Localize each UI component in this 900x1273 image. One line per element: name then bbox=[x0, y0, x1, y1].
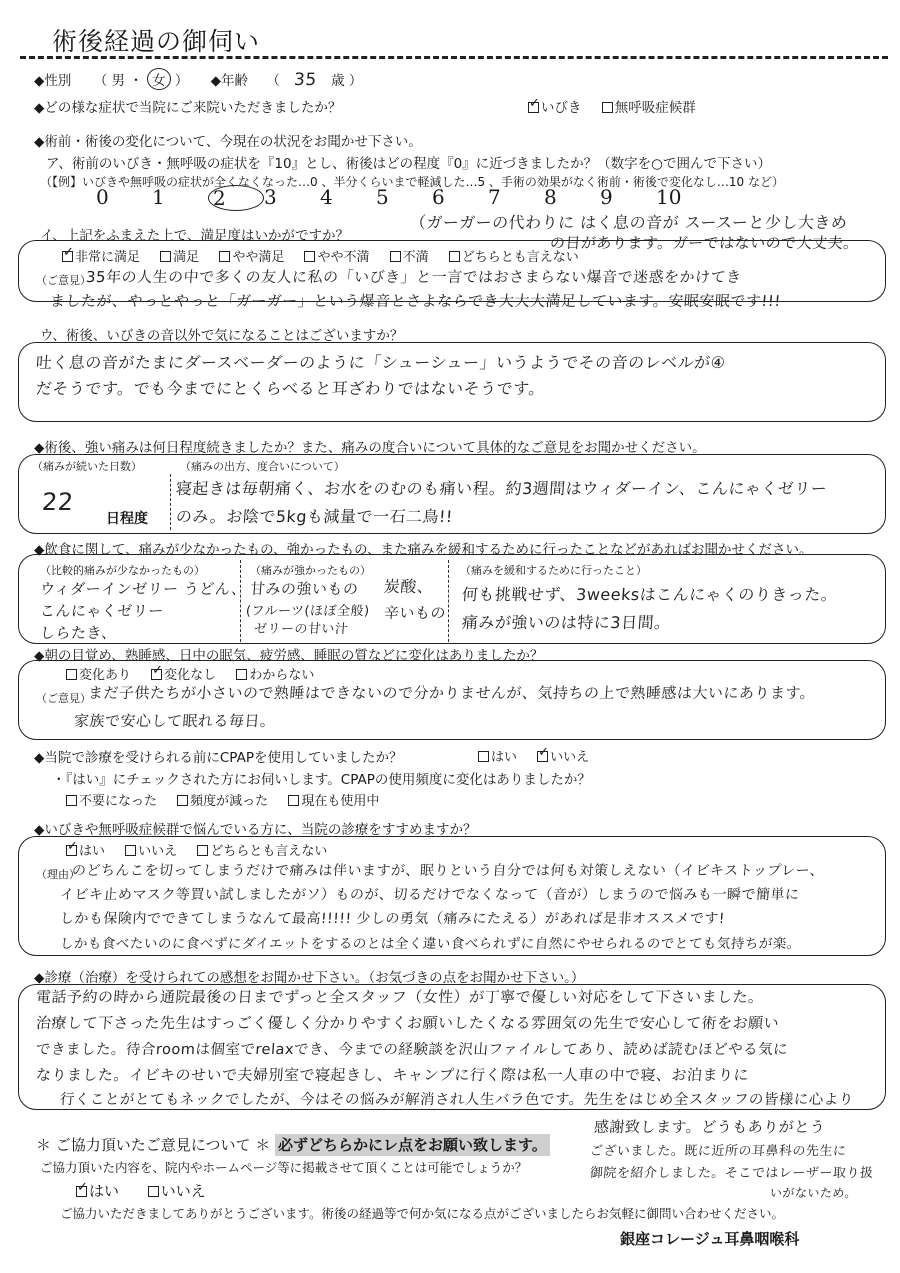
satisfaction-somewhat-dissatisfied[interactable]: やや不満 bbox=[304, 250, 369, 265]
food-less-line3[interactable]: しらたき、 bbox=[39, 622, 117, 643]
consent-heading-left: ＊ ご協力頂いたご意見について ＊ bbox=[36, 1136, 270, 1154]
checkbox-icon[interactable] bbox=[160, 251, 171, 262]
recommend-reason-line4[interactable]: しかも食べたいのに食べずにダイエットをするのとは全く違い食べられずに自然にやせら… bbox=[59, 932, 801, 952]
consent-question: ご協力頂いた内容を、院内やホームページ等に掲載させて頂くことは可能でしょうか？ bbox=[40, 1158, 527, 1176]
food-less-line2[interactable]: こんにゃくゼリー bbox=[39, 600, 164, 621]
age-unit: 歳 bbox=[331, 73, 345, 89]
scale-5[interactable]: 5 bbox=[376, 185, 432, 211]
impression-question: ◆診療（治療）を受けられての感想をお聞かせ下さい。（お気づきの点をお聞かせ下さい… bbox=[34, 966, 584, 986]
food-relief-line1[interactable]: 何も挑戦せず、3weeksはこんにゃくのりきった。 bbox=[461, 582, 838, 605]
recommend-option-no[interactable]: いいえ bbox=[125, 844, 177, 859]
pain-divider bbox=[170, 474, 171, 530]
satisfaction-dissatisfied[interactable]: 不満 bbox=[390, 250, 429, 265]
impression-line3[interactable]: できました。待合roomは個室でrelaxでき、今までの経験談を沢山ファイルして… bbox=[35, 1038, 789, 1059]
checkbox-icon[interactable] bbox=[288, 795, 299, 806]
title-divider bbox=[20, 56, 888, 59]
sleep-option-changed[interactable]: 変化あり bbox=[66, 668, 131, 683]
impression-line1[interactable]: 電話予約の時から通院最後の日までずっと全スタッフ（女性）が丁寧で優しい対応をして… bbox=[35, 986, 764, 1007]
satisfaction-options: 非常に満足 満足 やや満足 やや不満 不満 どちらとも言えない bbox=[62, 246, 595, 265]
consent-options: はい いいえ bbox=[76, 1180, 222, 1201]
gender-label: ◆性別 bbox=[34, 73, 71, 89]
recommend-reason-line1[interactable]: のどちんこを切ってしまうだけで痛みは伴いますが、眠りという自分では何も対策しえな… bbox=[71, 860, 825, 880]
food-strong-line2[interactable]: (フルーツ(ほぼ全般) bbox=[245, 600, 370, 619]
scale-8[interactable]: 8 bbox=[544, 185, 600, 211]
sleep-option-unchanged[interactable]: 変化なし bbox=[151, 668, 216, 683]
pain-days-value[interactable]: 22 bbox=[41, 488, 75, 516]
cpap-sub-option-still-using[interactable]: 現在も使用中 bbox=[288, 794, 379, 809]
consent-heading: ＊ ご協力頂いたご意見について ＊ 必ずどちらかにレ点をお願い致します。 bbox=[36, 1134, 550, 1155]
cpap-options: はい いいえ bbox=[478, 746, 605, 765]
checkbox-checked-icon[interactable] bbox=[62, 251, 73, 262]
gender-option-male[interactable]: 男 bbox=[111, 73, 125, 89]
sleep-opinion-line2[interactable]: 家族で安心して眠れる毎日。 bbox=[73, 710, 276, 731]
pain-degree-line2[interactable]: のみ。お陰で5kgも減量で一石二鳥!! bbox=[175, 504, 453, 527]
food-strong-line3[interactable]: ゼリーの甘い汁 bbox=[253, 618, 349, 637]
satisfaction-neither[interactable]: どちらとも言えない bbox=[449, 250, 579, 265]
cpap-sub-option-unneeded[interactable]: 不要になった bbox=[66, 794, 157, 809]
checkbox-icon[interactable] bbox=[304, 251, 315, 262]
checkbox-icon[interactable] bbox=[197, 845, 208, 856]
opinion-label: （ご意見） bbox=[36, 272, 91, 288]
pain-degree-label: （痛みの出方、度合いについて） bbox=[180, 458, 345, 474]
recommend-option-neither[interactable]: どちらとも言えない bbox=[197, 844, 327, 859]
checkbox-checked-icon[interactable] bbox=[528, 102, 539, 113]
satisfaction-somewhat[interactable]: やや満足 bbox=[219, 250, 284, 265]
pain-question: ◆術後、強い痛みは何日程度続きましたか？また、痛みの度合いについて具体的なご意見… bbox=[34, 436, 706, 456]
pain-days-unit: 日程度 bbox=[106, 508, 148, 528]
recommend-question: ◆いびきや無呼吸症候群で悩んでいる方に、当院の診療をすすめますか？ bbox=[34, 818, 477, 838]
scale-6[interactable]: 6 bbox=[432, 185, 488, 211]
food-relief-line2[interactable]: 痛みが強いのは特に3日間。 bbox=[461, 610, 671, 633]
scale-7[interactable]: 7 bbox=[488, 185, 544, 211]
checkbox-icon[interactable] bbox=[449, 251, 460, 262]
food-less-label: （比較的痛みが少なかったもの） bbox=[40, 562, 205, 578]
satisfaction-very[interactable]: 非常に満足 bbox=[62, 250, 140, 265]
gender-age-row: ◆性別 （ 男 ・ 女 ） ◆年齢 （ 35 歳 ） bbox=[34, 68, 362, 90]
food-less-line1[interactable]: ウィダーインゼリー うどん、 bbox=[39, 578, 247, 599]
rating-scale: 0 1 2 3 4 5 6 7 8 9 10 bbox=[96, 185, 712, 211]
checkbox-icon[interactable] bbox=[390, 251, 401, 262]
opinion-line2[interactable]: ましたが、やっとやっと「ガーガー」という爆音とさよならでき大大大満足しています。… bbox=[49, 290, 781, 311]
scale-2[interactable]: 2 bbox=[208, 185, 264, 211]
cpap-question: ◆当院で診療を受けられる前にCPAPを使用していましたか？ bbox=[34, 746, 402, 766]
impression-line5[interactable]: 行くことがとてもネックでしたが、今はその悩みが解消され人生バラ色です。先生をはじ… bbox=[59, 1088, 854, 1109]
cpap-option-yes[interactable]: はい bbox=[478, 750, 517, 765]
checkbox-checked-icon[interactable] bbox=[66, 845, 77, 856]
scale-9[interactable]: 9 bbox=[600, 185, 656, 211]
question-u: ウ、術後、いびきの音以外で気になることはございますか？ bbox=[40, 324, 403, 344]
cpap-option-no[interactable]: いいえ bbox=[537, 750, 589, 765]
checkbox-checked-icon[interactable] bbox=[76, 1186, 87, 1197]
recommend-reason-line3[interactable]: しかも保険内でできてしまうなんて最高!!!!! 少しの勇気（痛みにたえる）があれ… bbox=[59, 908, 725, 928]
scale-0[interactable]: 0 bbox=[96, 185, 152, 211]
pain-days-label: （痛みが続いた日数） bbox=[32, 458, 142, 474]
change-heading: ◆術前・術後の変化について、今現在の状況をお聞かせ下さい。 bbox=[34, 130, 422, 150]
age-label: ◆年齢 bbox=[211, 73, 248, 89]
checkbox-icon[interactable] bbox=[66, 669, 77, 680]
symptom-option-ibiki[interactable]: いびき bbox=[528, 100, 582, 116]
food-divider-2 bbox=[448, 560, 449, 642]
scale-note-line1: （ガーガーの代わりに はく息の音が スースーと少し大きめ bbox=[409, 210, 848, 233]
pain-degree-line1[interactable]: 寝起きは毎朝痛く、お水をのむのも痛い程。約3週間はウィダーイン、こんにゃくゼリー bbox=[175, 476, 828, 499]
consent-heading-highlight: 必ずどちらかにレ点をお願い致します。 bbox=[275, 1134, 550, 1156]
page-title: 術後経過の御伺い bbox=[52, 22, 260, 58]
sleep-option-unknown[interactable]: わからない bbox=[236, 668, 314, 683]
sleep-options: 変化あり 変化なし わからない bbox=[66, 664, 330, 683]
age-value[interactable]: 35 bbox=[293, 70, 317, 90]
scale-1[interactable]: 1 bbox=[152, 185, 208, 211]
sleep-opinion-label: （ご意見） bbox=[36, 690, 91, 706]
impression-continuation-line4[interactable]: いがないため。 bbox=[769, 1184, 857, 1201]
checkbox-icon[interactable] bbox=[219, 251, 230, 262]
impression-line4[interactable]: なりました。イビキのせいで夫婦別室で寝起きし、キャンプに行く際は私一人車の中で寝… bbox=[35, 1064, 749, 1085]
food-strong-side1[interactable]: 炭酸、 bbox=[383, 574, 434, 597]
opinion-line1[interactable]: 35年の人生の中で多くの友人に私の「いびき」と一言ではおさまらない爆音で迷惑をか… bbox=[85, 266, 742, 287]
gender-option-female[interactable]: 女 bbox=[147, 68, 171, 90]
checkbox-icon[interactable] bbox=[148, 1186, 159, 1197]
food-strong-line1[interactable]: 甘みの強いもの bbox=[249, 578, 359, 599]
recommend-options: はい いいえ どちらとも言えない bbox=[66, 840, 343, 859]
impression-line2[interactable]: 治療して下さった先生はすっごく優しく分かりやすくお願いしたくなる雰囲気の先生で安… bbox=[35, 1012, 780, 1033]
scale-3[interactable]: 3 bbox=[264, 185, 320, 211]
cpap-sub-options: 不要になった 頻度が減った 現在も使用中 bbox=[66, 790, 395, 809]
checkbox-icon[interactable] bbox=[236, 669, 247, 680]
cpap-sub-option-reduced[interactable]: 頻度が減った bbox=[177, 794, 268, 809]
checkbox-checked-icon[interactable] bbox=[537, 751, 548, 762]
satisfaction-satisfied[interactable]: 満足 bbox=[160, 250, 199, 265]
food-strong-side2[interactable]: 辛いもの bbox=[383, 602, 446, 623]
checkbox-icon[interactable] bbox=[478, 751, 489, 762]
clinic-name: 銀座コレージュ耳鼻咽喉科 bbox=[620, 1228, 799, 1249]
recommend-reason-line2[interactable]: イビキ止めマスク等買い試しましたがソ）ものが、切るだけでなくなって（音が）しまう… bbox=[59, 884, 800, 904]
symptom-options: いびき 無呼吸症候群 bbox=[528, 96, 712, 116]
food-strong-label: （痛みが強かったもの） bbox=[250, 562, 371, 578]
food-divider-1 bbox=[240, 560, 241, 642]
impression-continuation-line3[interactable]: 御院を紹介しました。そこではレーザー取り扱 bbox=[589, 1162, 874, 1181]
food-relief-label: （痛みを緩和するために行ったこと） bbox=[460, 562, 647, 578]
question-a: ア、術前のいびき・無呼吸の症状を『10』とし、術後はどの程度『0』に近づきました… bbox=[46, 152, 771, 172]
recommend-option-yes[interactable]: はい bbox=[66, 844, 105, 859]
consent-option-no[interactable]: いいえ bbox=[148, 1182, 206, 1200]
symptom-question: ◆どの様な症状で当院にご来院いただきましたか？ bbox=[34, 96, 341, 116]
scale-10[interactable]: 10 bbox=[656, 185, 712, 211]
checkbox-icon[interactable] bbox=[125, 845, 136, 856]
impression-continuation-line2[interactable]: ございました。既に近所の耳鼻科の先生に bbox=[589, 1140, 847, 1159]
impression-continuation-line1[interactable]: 感謝致します。どうもありがとう bbox=[593, 1116, 826, 1137]
u-answer-line2[interactable]: だそうです。でも今までにとくらべると耳ざわりではないそうです。 bbox=[35, 376, 546, 399]
sleep-opinion-line1[interactable]: まだ子供たちが小さいので熟睡はできないので分かりませんが、気持ちの上で熟睡感は大… bbox=[87, 682, 816, 703]
checkbox-icon[interactable] bbox=[177, 795, 188, 806]
u-answer-line1[interactable]: 吐く息の音がたまにダースベーダーのように「シューシュー」いうようでその音のレベル… bbox=[35, 350, 726, 373]
consent-thanks: ご協力いただきましてありがとうございます。術後の経過等で何か気になる点がございま… bbox=[60, 1204, 784, 1222]
consent-option-yes[interactable]: はい bbox=[76, 1182, 119, 1200]
cpap-sub-question: ・『はい』にチェックされた方にお伺いします。CPAPの使用頻度に変化はありました… bbox=[52, 768, 591, 788]
symptom-option-apnea[interactable]: 無呼吸症候群 bbox=[602, 100, 696, 116]
checkbox-icon[interactable] bbox=[602, 102, 613, 113]
checkbox-checked-icon[interactable] bbox=[151, 669, 162, 680]
scale-4[interactable]: 4 bbox=[320, 185, 376, 211]
checkbox-icon[interactable] bbox=[66, 795, 77, 806]
